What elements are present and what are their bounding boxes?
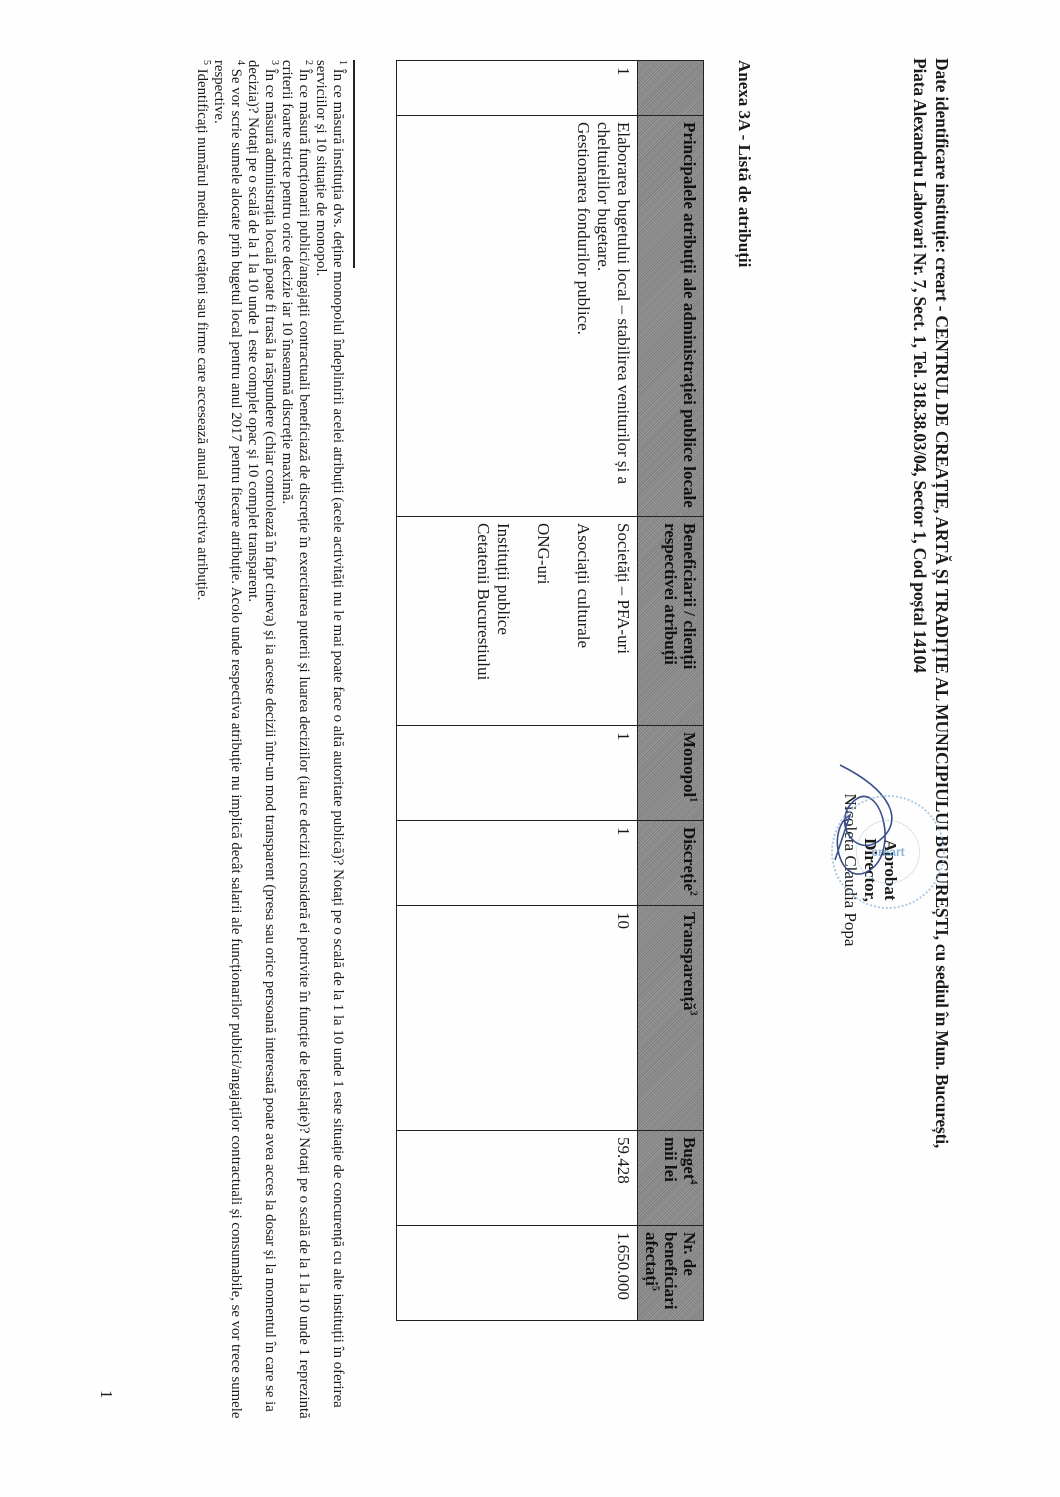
cell-transparenta: 10 bbox=[397, 906, 638, 1131]
header-nr-beneficiari: Nr. de beneficiari afectați5 bbox=[638, 1226, 704, 1321]
institution-stamp-icon: creart bbox=[831, 795, 945, 909]
header-index bbox=[638, 61, 704, 116]
footnote-5: 5 Identificați numărul mediu de cetățeni… bbox=[193, 60, 210, 1420]
footnote-3: 3 În ce măsură administrația locală poat… bbox=[244, 60, 278, 1420]
institution-header-line-1: Date identificare instituție: creart - C… bbox=[931, 58, 952, 1148]
cell-nr-beneficiari: 1.650.000 bbox=[397, 1226, 638, 1321]
table-header-row: Principalele atribuții ale administrație… bbox=[638, 61, 704, 1321]
attributions-table: Principalele atribuții ale administrație… bbox=[396, 60, 704, 1321]
institution-header-line-2: Piata Alexandru Lahovari Nr. 7, Sect. 1,… bbox=[909, 58, 930, 673]
cell-attributions: Elaborarea bugetului local – stabilirea … bbox=[397, 116, 638, 517]
cell-beneficiaries: Societăți – PFA-uri Asociații culturale … bbox=[397, 517, 638, 726]
footnote-2: 2 În ce măsură funcționarii publici/anga… bbox=[278, 60, 312, 1420]
cell-buget: 59.428 bbox=[397, 1131, 638, 1226]
header-discretie: Discreție2 bbox=[638, 821, 704, 906]
document-page: Date identificare instituție: creart - C… bbox=[0, 0, 1060, 1497]
header-attributions: Principalele atribuții ale administrație… bbox=[638, 116, 704, 517]
footnotes: 1 În ce măsură instituția dvs. deține mo… bbox=[193, 60, 346, 1420]
cell-discretie: 1 bbox=[397, 821, 638, 906]
header-monopol: Monopol1 bbox=[638, 726, 704, 821]
header-beneficiaries: Beneficiarii / clienții respectivei atri… bbox=[638, 517, 704, 726]
table-row: 1 Elaborarea bugetului local – stabilire… bbox=[397, 61, 638, 1321]
footnote-1: 1 În ce măsură instituția dvs. deține mo… bbox=[312, 60, 346, 1420]
stamp-center-text: creart bbox=[856, 820, 920, 884]
page-number: 1 bbox=[96, 1390, 116, 1399]
cell-index: 1 bbox=[397, 61, 638, 116]
footnote-4: 4 Se vor scrie sumele alocate prin buget… bbox=[210, 60, 244, 1420]
header-buget: Buget4mii lei bbox=[638, 1131, 704, 1226]
header-transparenta: Transparență3 bbox=[638, 906, 704, 1131]
footnote-divider bbox=[353, 60, 355, 268]
cell-monopol: 1 bbox=[397, 726, 638, 821]
annex-title: Anexa 3A - Listă de atribuții bbox=[734, 60, 754, 267]
